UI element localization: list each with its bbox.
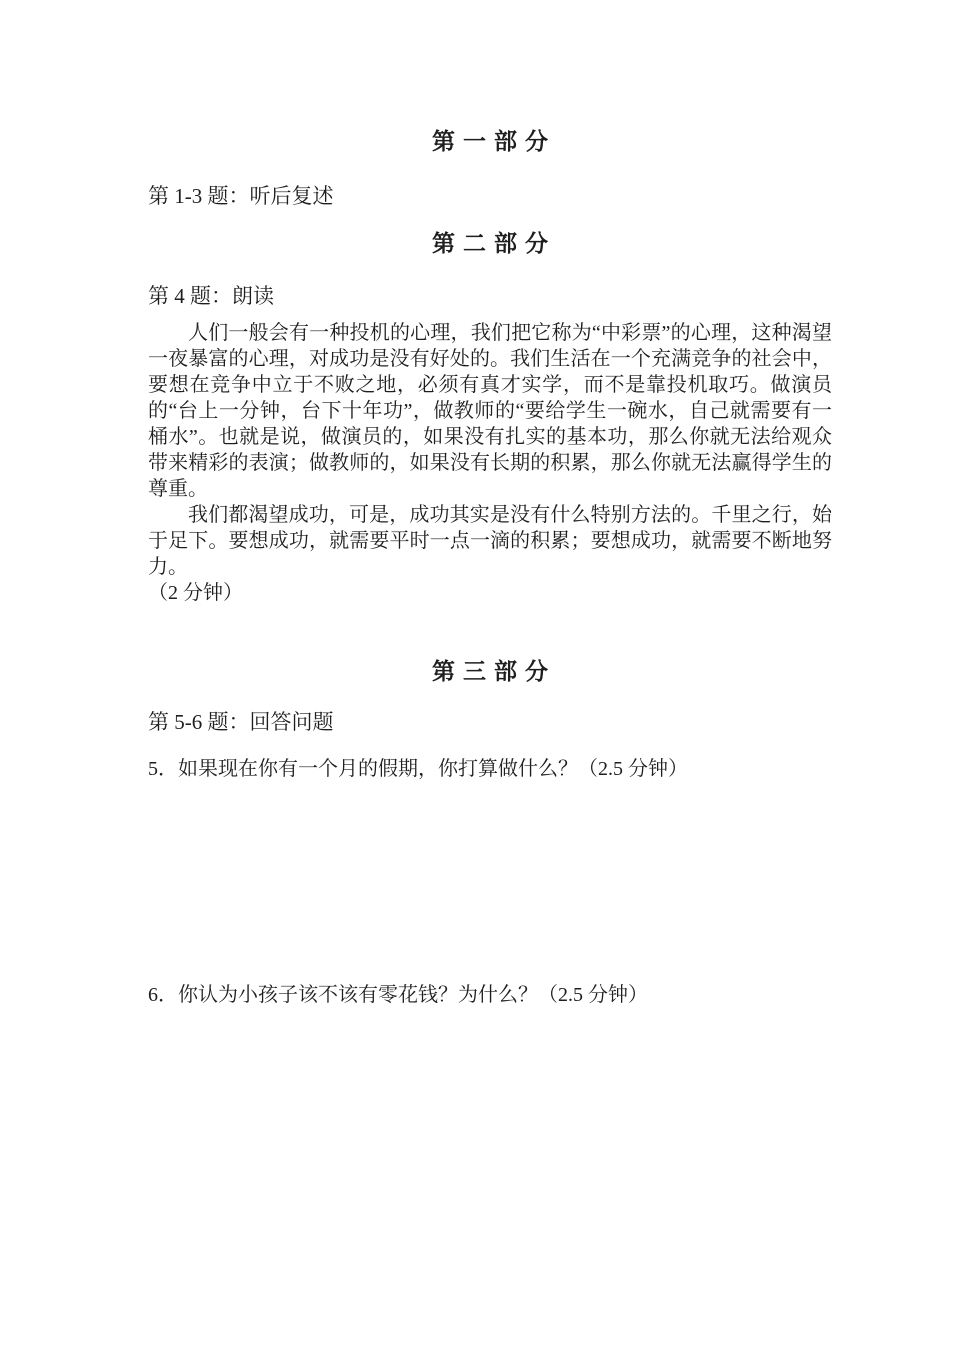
part3-heading: 第三部分 xyxy=(148,658,832,686)
part3-task-label: 第 5-6 题：回答问题 xyxy=(148,708,832,736)
part2-task-label: 第 4 题：朗读 xyxy=(148,282,832,310)
time-note: （2 分钟） xyxy=(148,580,832,606)
document-page: 第一部分 第 1-3 题：听后复述 第二部分 第 4 题：朗读 人们一般会有一种… xyxy=(0,0,960,1357)
part1-heading: 第一部分 xyxy=(148,128,832,156)
reading-passage-paragraph-2: 我们都渴望成功，可是，成功其实是没有什么特别方法的。千里之行，始于足下。要想成功… xyxy=(148,502,832,580)
reading-passage: 人们一般会有一种投机的心理，我们把它称为“中彩票”的心理，这种渴望一夜暴富的心理… xyxy=(148,320,832,606)
part1-task-label: 第 1-3 题：听后复述 xyxy=(148,182,832,210)
part2-heading: 第二部分 xyxy=(148,230,832,258)
question-5: 5．如果现在你有一个月的假期，你打算做什么？（2.5 分钟） xyxy=(148,756,832,782)
reading-passage-paragraph-1: 人们一般会有一种投机的心理，我们把它称为“中彩票”的心理，这种渴望一夜暴富的心理… xyxy=(148,320,832,502)
question-6: 6．你认为小孩子该不该有零花钱？为什么？（2.5 分钟） xyxy=(148,982,832,1008)
